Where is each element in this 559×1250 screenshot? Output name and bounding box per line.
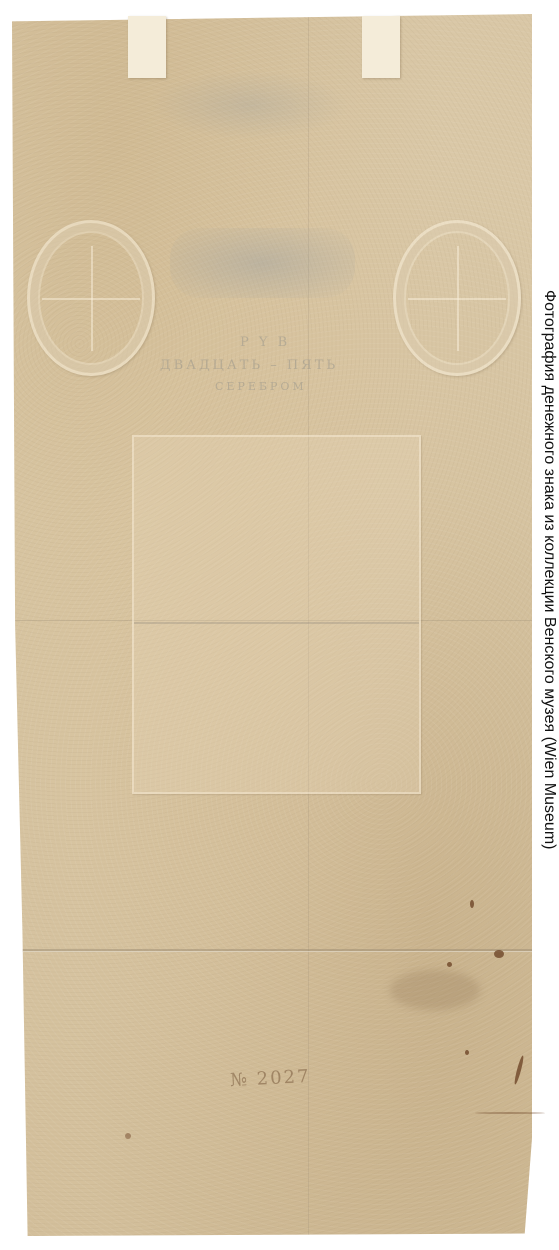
ghost-text-line2: ДВАДЦАТЬ – ПЯТЬ xyxy=(160,358,338,373)
top-ornament-ghost xyxy=(150,70,350,140)
stain-spot xyxy=(447,962,452,967)
image-caption: Фотография денежного знака из коллекции … xyxy=(540,290,558,849)
embossed-seal-left xyxy=(27,220,155,376)
center-value-cartouche xyxy=(170,228,355,298)
ghost-text-line3: СЕРЕБРОМ xyxy=(215,380,307,393)
mounting-tab-right xyxy=(362,16,400,78)
mounting-tab-left xyxy=(128,16,166,78)
embossed-seal-right xyxy=(393,220,521,376)
horizontal-fold xyxy=(12,949,532,952)
stain-spot xyxy=(494,950,504,958)
embossed-panel xyxy=(132,435,421,794)
serial-mark: № 2027 xyxy=(230,1066,312,1091)
stain-spot xyxy=(465,1050,469,1055)
ghost-text-line1: P Y B xyxy=(240,335,290,350)
stain-spot xyxy=(470,900,474,908)
stain-smudge xyxy=(390,970,480,1010)
stain-spot xyxy=(125,1133,131,1139)
stain-line xyxy=(475,1112,545,1114)
